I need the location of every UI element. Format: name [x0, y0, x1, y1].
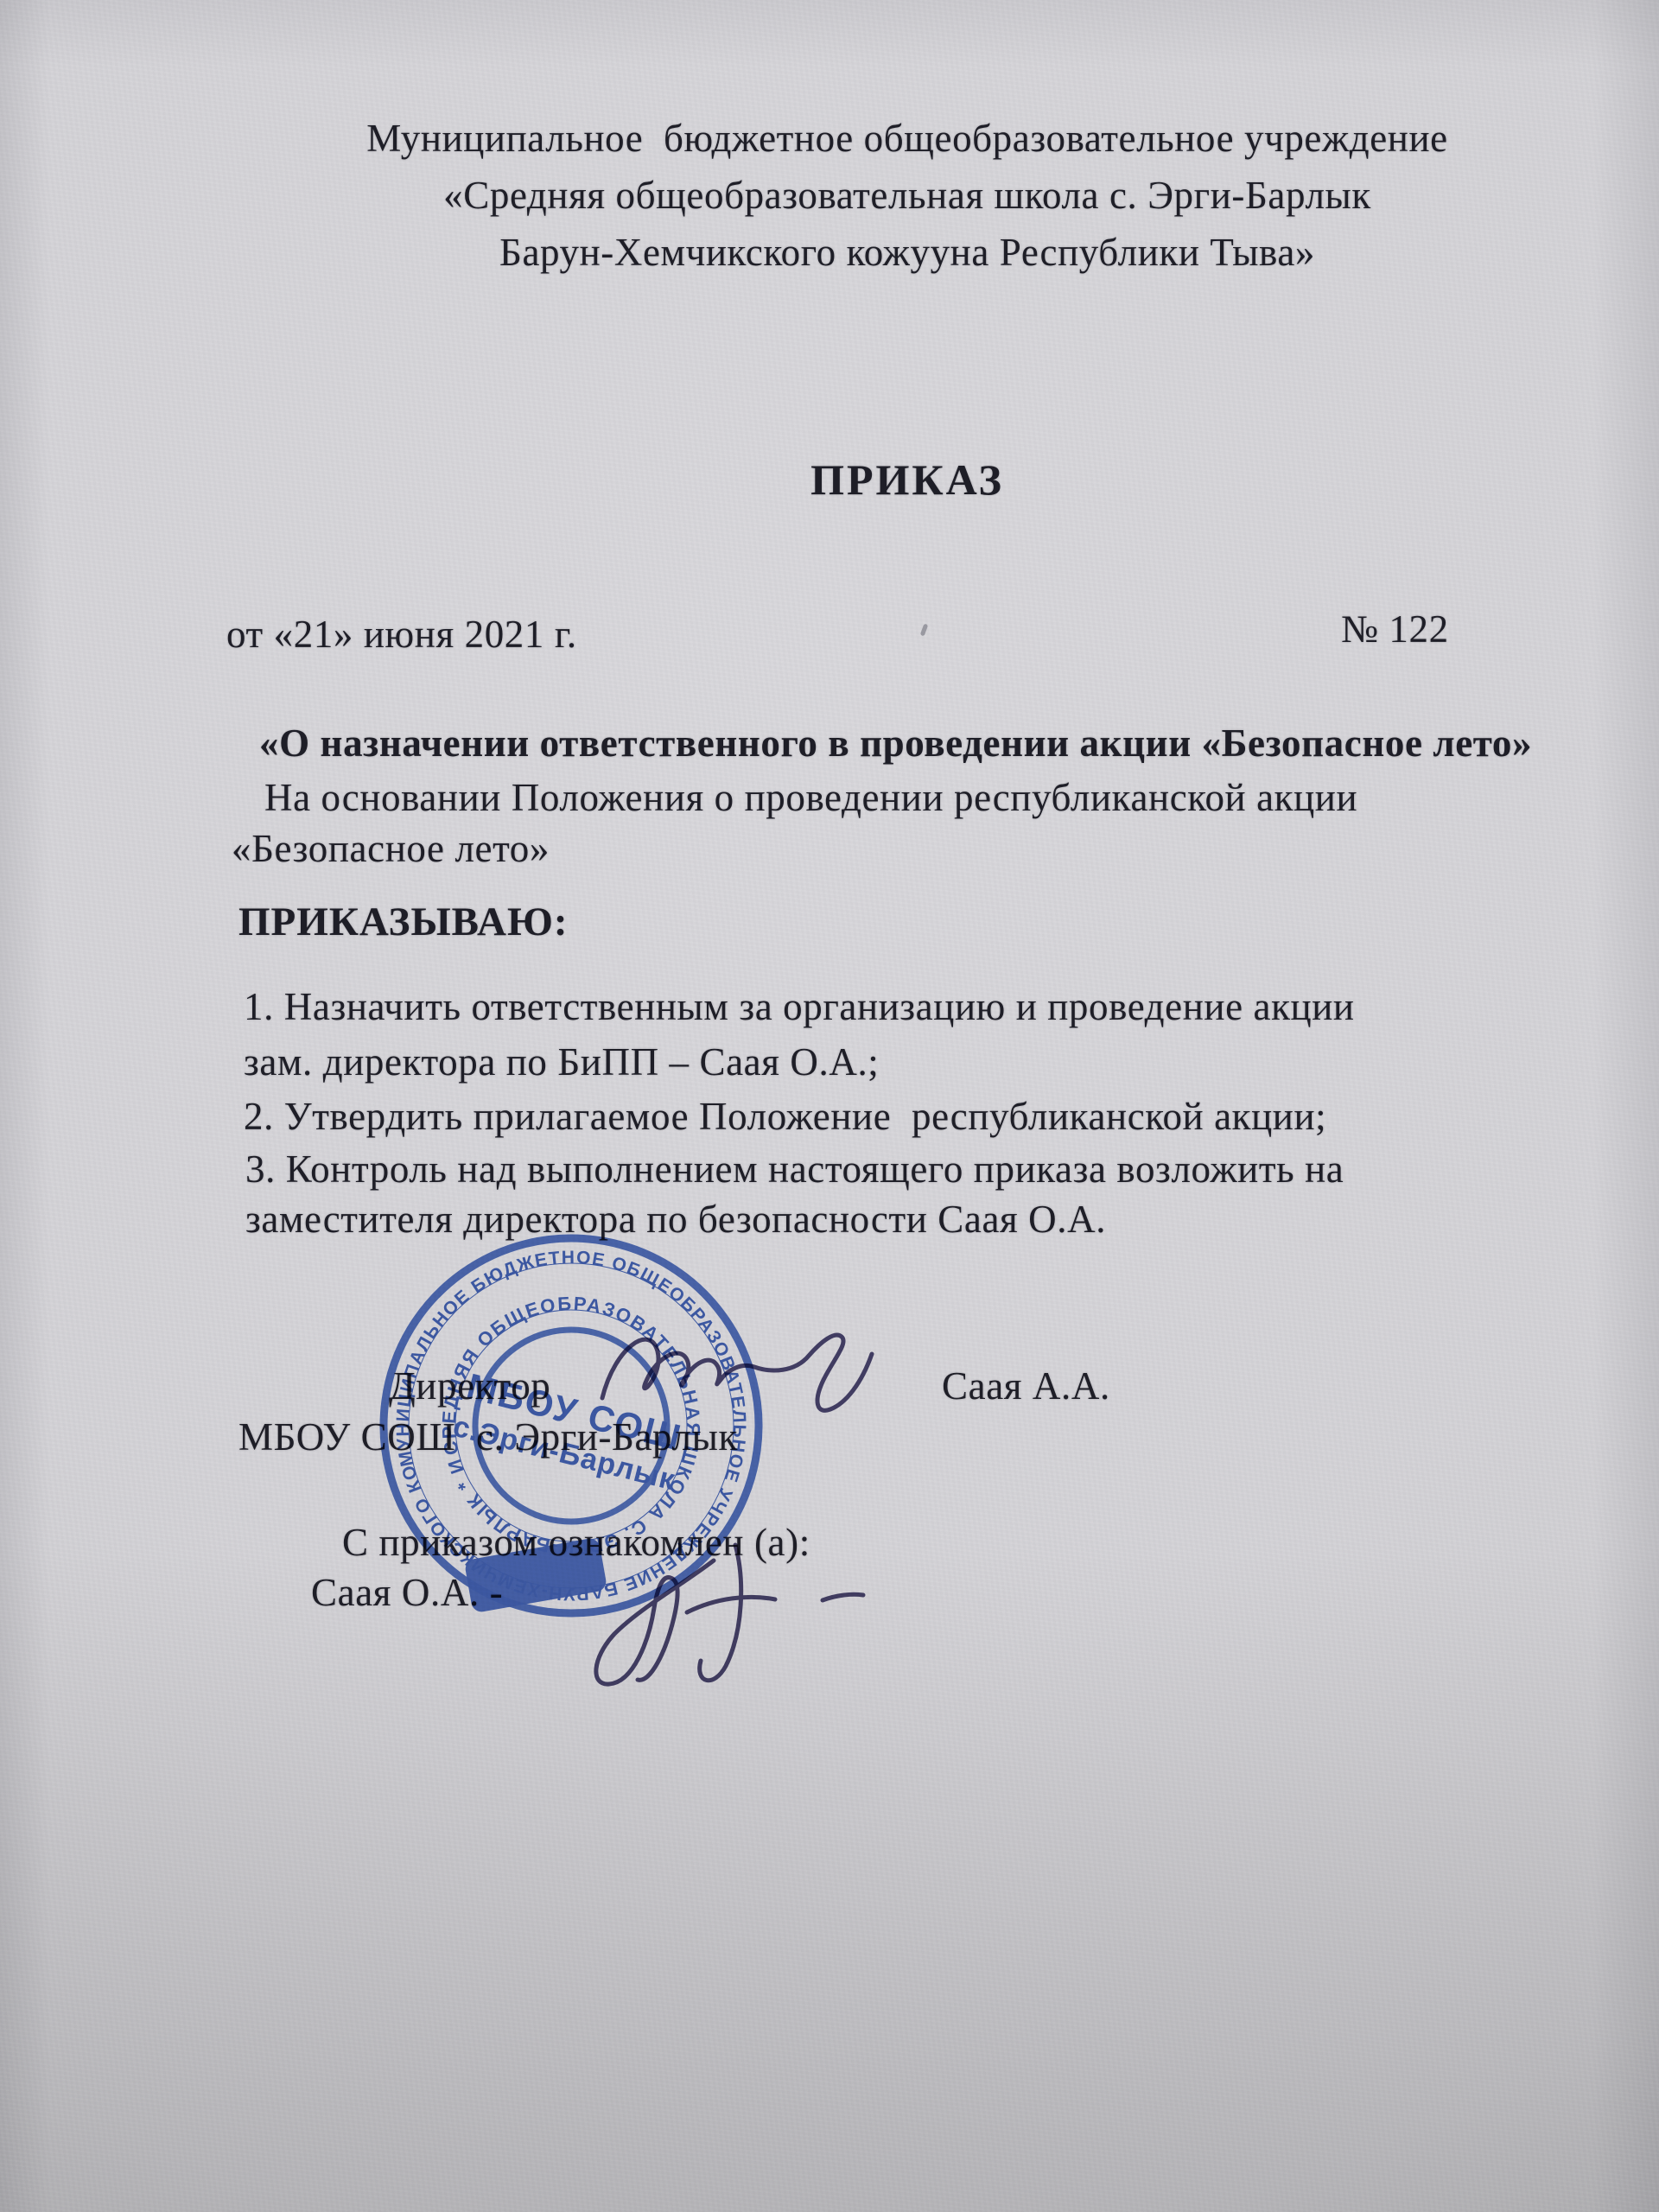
org-name-line-1: Муниципальное бюджетное общеобразователь… — [147, 116, 1659, 161]
acknowledgement-label: С приказом ознакомлен (а): — [342, 1520, 810, 1565]
acknowledgement-signature-stem — [700, 1545, 741, 1681]
order-item-3-line-2: заместителя директора по безопасности Са… — [245, 1197, 1106, 1242]
document-page: Муниципальное бюджетное общеобразователь… — [0, 0, 1659, 2212]
director-signature — [602, 1335, 872, 1410]
acknowledgement-signature — [596, 1560, 714, 1684]
order-item-3-line-1: 3. Контроль над выполнением настоящего п… — [245, 1147, 1344, 1192]
basis-line-2: «Безопасное лето» — [232, 826, 550, 871]
signer-post: Директор — [389, 1363, 550, 1408]
acknowledgement-name: Саая О.А. - — [311, 1570, 503, 1615]
order-item-1-line-1: 1. Назначить ответственным за организаци… — [244, 984, 1355, 1029]
order-verb: ПРИКАЗЫВАЮ: — [238, 899, 569, 945]
order-item-1-line-2: зам. директора по БиПП – Саая О.А.; — [244, 1039, 879, 1084]
acknowledgement-signature-cross — [687, 1597, 775, 1612]
order-date: от «21» июня 2021 г. — [226, 612, 577, 657]
org-name-line-3: Барун-Хемчикского кожууна Республики Тыв… — [147, 230, 1659, 275]
order-number: № 122 — [1341, 607, 1449, 652]
acknowledgement-dash — [823, 1594, 863, 1600]
paper-speck — [920, 624, 928, 637]
signer-org: МБОУ СОШ с. Эрги-Барлык — [238, 1414, 738, 1459]
order-item-2: 2. Утвердить прилагаемое Положение респу… — [244, 1094, 1326, 1139]
basis-line-1: На основании Положения о проведении респ… — [264, 775, 1357, 820]
document-title: ПРИКАЗ — [147, 454, 1659, 505]
order-subject: «О назначении ответственного в проведени… — [259, 721, 1532, 766]
signer-name: Саая А.А. — [942, 1363, 1110, 1408]
org-name-line-2: «Средняя общеобразовательная школа с. Эр… — [147, 173, 1659, 218]
